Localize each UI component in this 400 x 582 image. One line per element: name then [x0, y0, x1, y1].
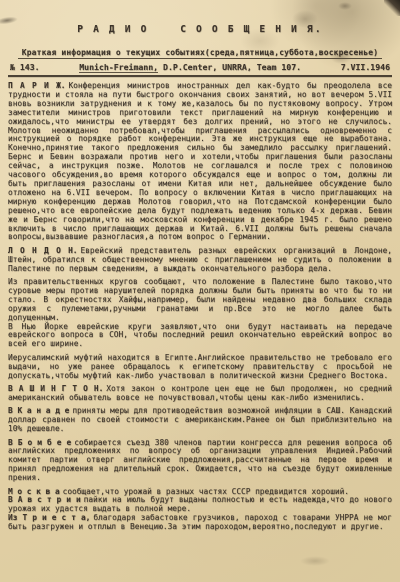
dateline-moscow: М о с к в а [8, 487, 60, 496]
paragraph-paris: П А Р И Ж.Конференция министров иностран… [8, 82, 392, 242]
paper-stain [300, 556, 330, 566]
dateline-trieste: Из Т р и е с т а, [8, 513, 90, 522]
bulletin-body: П А Р И Ж.Конференция министров иностран… [8, 82, 392, 532]
paragraph-text: Конференция министров иностранных дел ка… [8, 81, 392, 241]
paragraph-washington: В А Ш И Н Г Т О Н.Хотя закон о контроле … [8, 385, 392, 403]
location: Munich-Freimann, [79, 62, 158, 73]
dateline-austria: В А в с т р и и [8, 495, 81, 504]
issue-date: 7.VII.1946 [341, 62, 390, 72]
dateline-paris: П А Р И Ж. [8, 81, 65, 90]
paragraph-canada: В К а н а д еприняты меры для противодей… [8, 407, 392, 434]
paragraph-text: В Нью Йорке еврейские круги заявляют,что… [8, 322, 392, 349]
dateline-washington: В А Ш И Н Г Т О Н. [8, 384, 103, 393]
paragraph-austria: В А в с т р и ипайки на июль будут выдан… [8, 496, 392, 514]
dateline-london: Л О Н Д О Н. [8, 246, 77, 255]
header-rule [8, 75, 392, 77]
dateline-bombay: В Б о м б е е [8, 438, 71, 447]
paragraph-mufti: Иерусалимский муфтий находится в Египте.… [8, 354, 392, 381]
paragraph-bombay: В Б о м б е есобирается съезд 380 членов… [8, 439, 392, 484]
location-org: Munich-Freimann, D.P.Center, UNRRA, Team… [79, 62, 301, 72]
subtitle-row: Краткая информация о текущих событиях(ср… [8, 40, 392, 59]
paragraph-text: сообщает,что урожай в разных частях СССР… [63, 487, 349, 496]
document-subtitle: Краткая информация о текущих событиях(ср… [18, 48, 382, 59]
scan-corner-shadow [384, 0, 400, 16]
paragraph-palestine: Из правительственных кругов сообщают, чт… [8, 278, 392, 323]
paragraph-text: Иерусалимский муфтий находится в Египте.… [8, 353, 392, 380]
paragraph-new-york: В Нью Йорке еврейские круги заявляют,что… [8, 323, 392, 350]
issue-number: № 143. [10, 62, 40, 72]
paragraph-trieste: Из Т р и е с т а,благодаря забастовке гр… [8, 514, 392, 532]
dateline-canada: В К а н а д е [8, 406, 69, 415]
paragraph-text: Из правительственных кругов сообщают, чт… [8, 277, 392, 322]
document-title: Р А Д И О С О О Б Щ Е Н И Я. [8, 24, 392, 35]
scanned-bulletin-page: Р А Д И О С О О Б Щ Е Н И Я. Краткая инф… [0, 0, 400, 582]
masthead: № 143. Munich-Freimann, D.P.Center, UNRR… [8, 62, 392, 72]
paper-stain [338, 2, 352, 10]
paragraph-london: Л О Н Д О Н.Еврейский представитель разн… [8, 247, 392, 274]
org-team: D.P.Center, UNRRA, Team 107. [163, 62, 301, 72]
